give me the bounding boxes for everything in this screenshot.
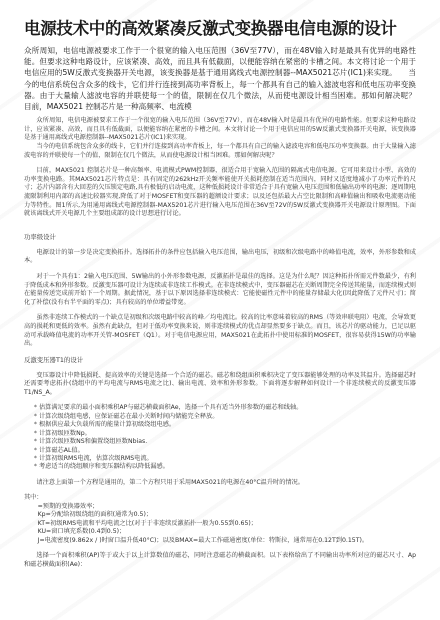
section-heading-transformer: 反激变压器T1的设计 xyxy=(24,356,416,365)
article-summary: 众所周知，电信电源被要求工作于一个很宽的输入电压范围（36V至77V），而在48… xyxy=(24,45,416,112)
body-paragraph: 电源设计的第一步是决定变换拓扑。选择拓扑的条件应包括输入电压范围，输出电压，初级… xyxy=(24,249,416,266)
list-item: 计算初级匝数Np。 xyxy=(34,430,416,438)
where-label: 其中： xyxy=(24,494,416,503)
variable-definitions: =预期的变换器效率； Kp=分配给初级绕组的面积(通常为0.5)； KT=初级R… xyxy=(24,503,416,545)
list-item: Kp=分配给初级绕组的面积(通常为0.5)； xyxy=(38,511,416,519)
article: 电源技术中的高效紧凑反激式变换器电信电源的设计 众所周知，电信电源被要求工作于一… xyxy=(0,0,440,569)
body-paragraph: 变压器设计中降低损耗、提高效率的关键是选择一个合适的磁芯。磁芯和绕组面积乘积决定… xyxy=(24,372,416,398)
body-paragraph: 选择一个面积乘积(AP)等于或大于以上计算数值的磁芯，同时注意磁芯的横截面积。以… xyxy=(24,552,416,569)
list-item: 根据供应最大负载所需的能量计算初级绕组电感。 xyxy=(34,421,416,429)
list-item: 计算磁芯AL值。 xyxy=(34,447,416,455)
article-title: 电源技术中的高效紧凑反激式变换器电信电源的设计 xyxy=(24,18,416,40)
body-paragraph: 目前，MAX5021 控制芯片是一种高频率、电流模式PWM控制器，很适合用于宽输… xyxy=(24,167,416,219)
body-paragraph: 众所周知，电信电源被要求工作于一个很宽的输入电压范围（36V至77V），而在48… xyxy=(24,117,416,143)
list-item: J=电流密度(9.862x / )时窗口温升低40°C)；以及BMAX=最大工作… xyxy=(38,537,416,545)
body-paragraph: 虽然非连续工作模式的一个缺点是初级和次级电路中较高的峰／均电流比。较高的比率意味… xyxy=(24,314,416,348)
body-paragraph: 对于一个具有1：2输入电压范围、5W输出的小外形参数电源，反激拓扑是最佳的选择。… xyxy=(24,273,416,307)
equation-note: 请注意上面第一个方程是通用的，第二个方程只用于采用MAX5021的电源在40°C… xyxy=(24,479,416,488)
design-steps-list: 估算满足要求的最小面积乘积AP与磁芯横截面积Ae，选择一个具有适当外形参数的磁芯… xyxy=(24,404,416,471)
section-heading-power-stage: 功率级设计 xyxy=(24,233,416,242)
list-item: 考虑适当的绕组顺序和变压器结构以降低漏感。 xyxy=(34,463,416,471)
list-item: KT=初级RMS电流和平均电流之比(对于于非连续反激拓扑一般为0.55到0.65… xyxy=(38,520,416,528)
list-item: 计算次级匝数NS和偏置绕组匝数Nbias. xyxy=(34,438,416,446)
list-item: KU=窗口填充系数(0.4到0.5)； xyxy=(38,528,416,536)
list-item: 估算满足要求的最小面积乘积AP与磁芯横截面积Ae，选择一个具有适当外形参数的磁芯… xyxy=(34,404,416,412)
article-body: 众所周知，电信电源被要求工作于一个很宽的输入电压范围（36V至77V），而在48… xyxy=(24,117,416,569)
body-paragraph: 当今的电信系统包含众多的线卡，它们并行连接到高功率背板上，每一个都具有自己的输入… xyxy=(24,143,416,160)
